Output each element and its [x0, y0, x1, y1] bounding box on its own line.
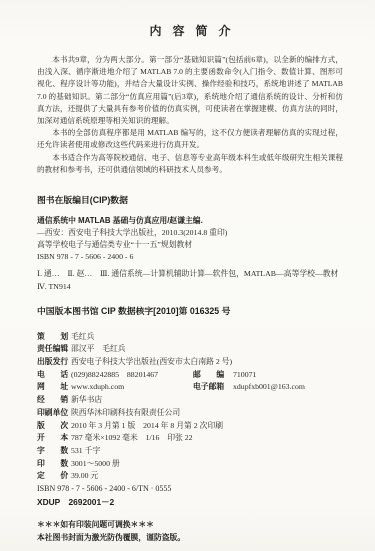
cip-publisher: —西安：西安电子科技大学出版社，2010.3(2014.8 重印) — [37, 227, 343, 239]
exchange-notice: ＊＊＊如有印装问题可调换＊＊＊ — [37, 518, 343, 531]
row-value: 2010 年 3 月第 1 版 2014 年 8 月第 2 次印刷 — [71, 420, 223, 433]
row-value: 39.00 元 — [71, 470, 98, 483]
cip-classification-code: Ⅳ. TN914 — [37, 281, 343, 293]
cip-isbn: ISBN 978 - 7 - 5606 - 2400 - 6 — [37, 251, 343, 263]
xdup-code-line: XDUP 2692001－2 — [37, 496, 343, 509]
row-label: 网 址 — [37, 381, 71, 394]
colophon-row-printrun: 印 数 3001～5000 册 — [37, 458, 343, 471]
colophon-section: 策 划 毛红兵 责任编辑 邵汉平 毛红兵 出版发行 西安电子科技大学出版社(西安… — [37, 331, 343, 509]
page-title: 内容简介 — [37, 22, 343, 39]
colophon-row-printer: 印刷单位 陕西华沐印刷科技有限责任公司 — [37, 407, 343, 420]
website-url: www.xduph.com — [71, 381, 193, 394]
cip-heading: 图书在版编目(CIP)数据 — [37, 193, 343, 206]
row-label: 策 划 — [37, 331, 71, 344]
row-value: 陕西华沐印刷科技有限责任公司 — [71, 407, 180, 420]
intro-paragraph: 本书的全部仿真程序都是用 MATLAB 编写的，这不仅方便读者理解仿真的实现过程… — [37, 127, 343, 151]
row-label: 印刷单位 — [37, 407, 71, 420]
row-label: 出版发行 — [37, 356, 71, 369]
row-value: 毛红兵 — [71, 331, 94, 344]
row-label: 版 次 — [37, 420, 71, 433]
isbn-full-line: ISBN 978 - 7 - 5606 - 2400 - 6/TN · 0555 — [37, 483, 343, 496]
colophon-row-wordcount: 字 数 531 千字 — [37, 445, 343, 458]
colophon-row-distributor: 经 销 新华书店 — [37, 394, 343, 407]
row-label: 印 数 — [37, 458, 71, 471]
row-value: 新华书店 — [71, 394, 102, 407]
footer-notes: ＊＊＊如有印装问题可调换＊＊＊ 本社图书封面为激光防伪覆膜，谨防盗版。 — [37, 518, 343, 544]
colophon-row-phone: 电 话 (029)88242885 88201467 邮 编 710071 — [37, 369, 343, 382]
colophon-row-format: 开 本 787 毫米×1092 毫米 1/16 印张 22 — [37, 432, 343, 445]
row-value-secondary: 710071 — [233, 369, 256, 382]
copyright-page: 内容简介 本书共9章，分为两大部分。第一部分“基础知识篇”(包括前6章)，以全新… — [0, 0, 375, 551]
intro-paragraph: 本书共9章，分为两大部分。第一部分“基础知识篇”(包括前6章)，以全新的编排方式… — [37, 54, 343, 127]
row-value: 3001～5000 册 — [71, 458, 120, 471]
colophon-row-editor: 责任编辑 邵汉平 毛红兵 — [37, 343, 343, 356]
colophon-row-edition: 版 次 2010 年 3 月第 1 版 2014 年 8 月第 2 次印刷 — [37, 420, 343, 433]
row-label: 电 话 — [37, 369, 71, 382]
intro-section: 本书共9章，分为两大部分。第一部分“基础知识篇”(包括前6章)，以全新的编排方式… — [37, 54, 343, 176]
row-value: 531 千字 — [71, 445, 100, 458]
row-label-secondary: 电子邮箱 — [193, 381, 233, 394]
cip-section: 图书在版编目(CIP)数据 通信系统中 MATLAB 基础与仿真应用/赵谦主编.… — [37, 193, 343, 317]
cip-book-title: 通信系统中 MATLAB 基础与仿真应用/赵谦主编. — [37, 215, 343, 227]
colophon-row-price: 定 价 39.00 元 — [37, 470, 343, 483]
row-label: 开 本 — [37, 432, 71, 445]
colophon-row-planner: 策 划 毛红兵 — [37, 331, 343, 344]
row-value: 邵汉平 毛红兵 — [71, 343, 126, 356]
cip-series: 高等学校电子与通信类专业“十一五”规划教材 — [37, 239, 343, 251]
colophon-row-website: 网 址 www.xduph.com 电子邮箱 xdupfxb001@163.co… — [37, 381, 343, 394]
row-value: (029)88242885 88201467 — [71, 369, 193, 382]
cip-classification: Ⅰ. 通… Ⅱ. 赵… Ⅲ. 通信系统—计算机辅助计算—软件包，MATLAB—高… — [37, 268, 343, 280]
intro-paragraph: 本书适合作为高等院校通信、电子、信息等专业高年级本科生或低年级研究生相关课程的教… — [37, 152, 343, 176]
email-address: xdupfxb001@163.com — [233, 381, 305, 394]
row-label-secondary: 邮 编 — [193, 369, 233, 382]
anti-piracy-notice: 本社图书封面为激光防伪覆膜，谨防盗版。 — [37, 531, 343, 544]
row-label: 定 价 — [37, 470, 71, 483]
row-label: 经 销 — [37, 394, 71, 407]
row-value: 西安电子科技大学出版社(西安市太白南路 2 号) — [71, 356, 232, 369]
row-value: 787 毫米×1092 毫米 1/16 印张 22 — [71, 432, 193, 445]
colophon-row-publisher: 出版发行 西安电子科技大学出版社(西安市太白南路 2 号) — [37, 356, 343, 369]
row-label: 责任编辑 — [37, 343, 71, 356]
cip-record-number: 中国版本图书馆 CIP 数据核字[2010]第 016325 号 — [37, 304, 343, 317]
row-label: 字 数 — [37, 445, 71, 458]
